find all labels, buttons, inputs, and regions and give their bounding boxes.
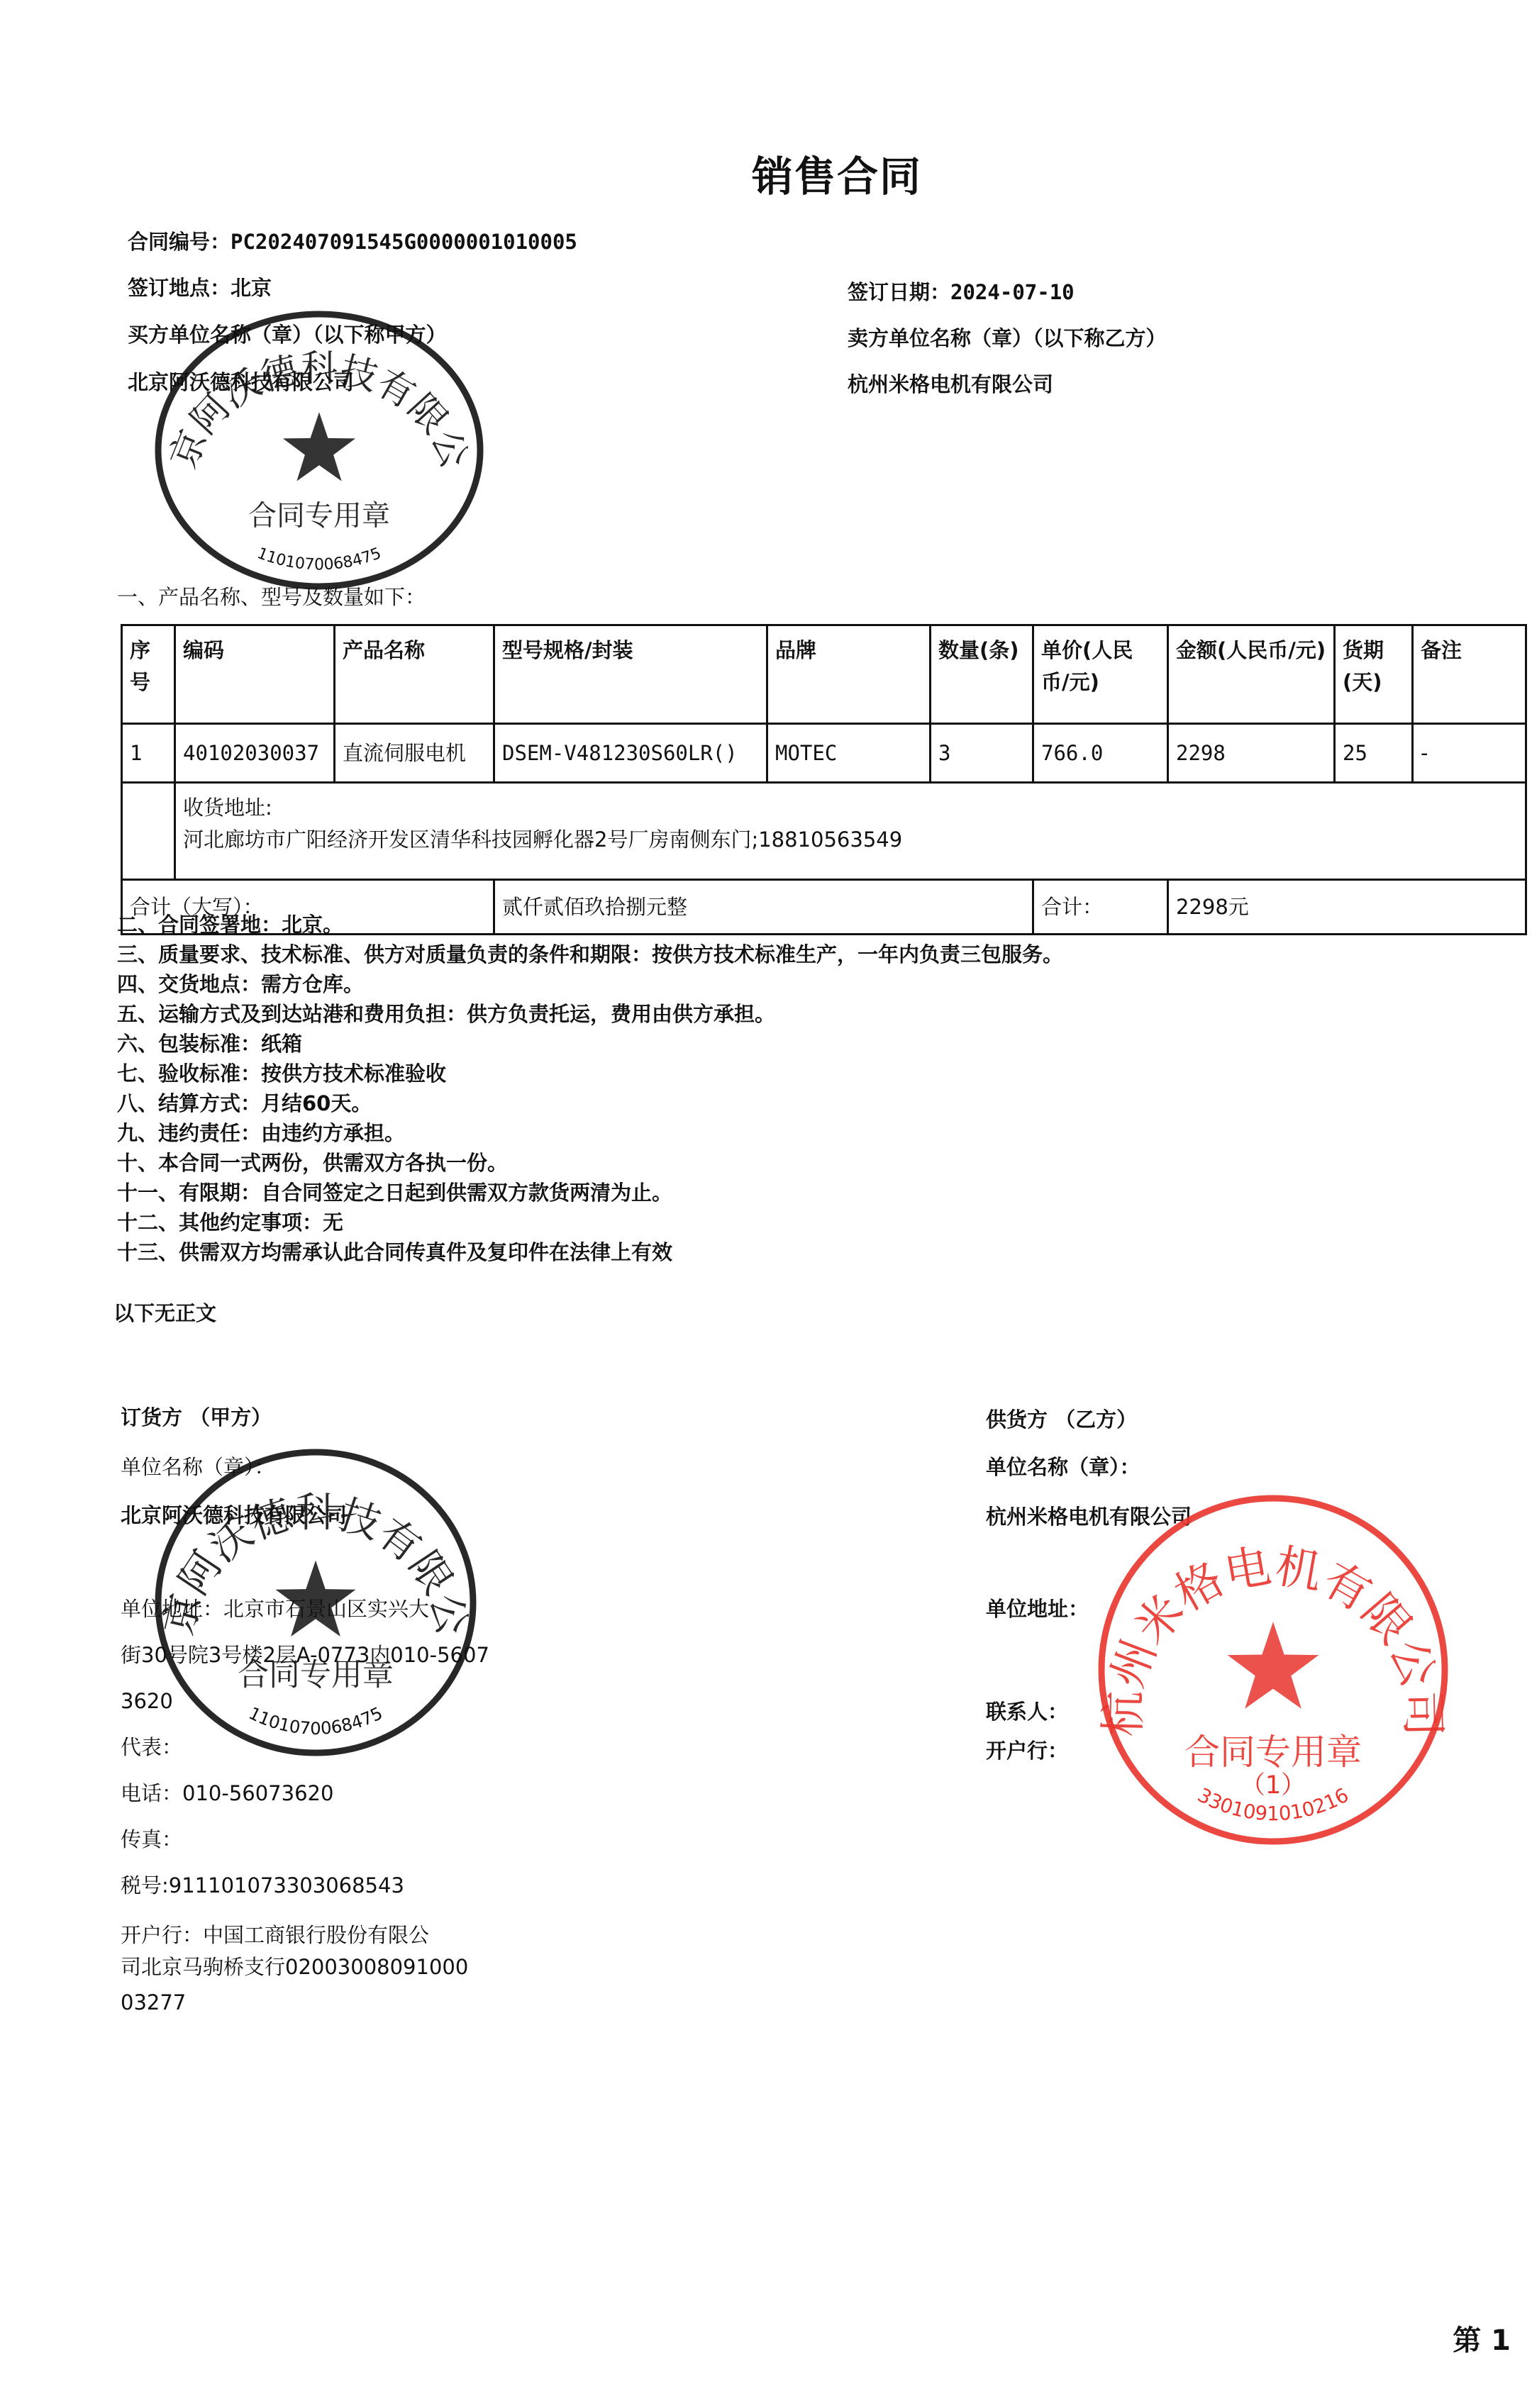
party-a-heading: 订货方 （甲方） (121, 1408, 272, 1428)
sign-place-label: 签订地点： (128, 276, 231, 300)
sign-date-value: 2024-07-10 (950, 280, 1075, 304)
party-a-fax-label: 传真： (121, 1829, 182, 1850)
cell-product-name: 直流伺服电机 (335, 724, 494, 783)
table-header-row: 序号 编码 产品名称 型号规格/封装 品牌 数量(条) 单价(人民币/元) 金额… (122, 625, 1526, 724)
clauses-list: 二、合同签署地：北京。 三、质量要求、技术标准、供方对质量负责的条件和期限：按供… (117, 915, 1063, 1272)
party-a-tax: 税号:911101073303068543 (121, 1875, 404, 1896)
svg-text:（1）: （1） (1240, 1771, 1306, 1800)
svg-text:合同专用章: 合同专用章 (248, 500, 390, 533)
party-a-phone: 电话：010-56073620 (121, 1783, 333, 1804)
party-a-bank-line1: 开户行：中国工商银行股份有限公 (121, 1925, 429, 1946)
party-a-tax-label: 税号: (121, 1873, 169, 1897)
buyer-stamp-top: 北京阿沃德科技有限公司合同专用章1101070068475 (152, 308, 486, 592)
party-b-bank-label: 开户行： (986, 1741, 1068, 1761)
clause-item: 五、运输方式及到达站港和费用负担：供方负责托运，费用由供方承担。 (117, 1004, 1063, 1025)
sign-date: 签订日期：2024-07-10 (848, 282, 1075, 303)
party-b-address-label: 单位地址： (986, 1599, 1089, 1620)
party-a-phone-label: 电话： (121, 1781, 182, 1805)
clause-item: 四、交货地点：需方仓库。 (117, 974, 1063, 995)
party-a-bank-line2: 司北京马驹桥支行02003008091000 (121, 1957, 468, 1978)
header-cell: 产品名称 (335, 625, 494, 724)
delivery-address-cell: 收货地址: 河北廊坊市广阳经济开发区清华科技园孵化器2号厂房南侧东门;18810… (175, 783, 1526, 880)
clause-item: 十一、有限期：自合同签定之日起到供需双方款货两清为止。 (117, 1183, 1063, 1203)
sign-place-value: 北京 (231, 276, 272, 300)
party-a-phone-value: 010-56073620 (182, 1781, 333, 1805)
svg-text:1101070068475: 1101070068475 (255, 545, 384, 574)
delivery-address-label: 收货地址: (183, 792, 1518, 824)
svg-text:合同专用章: 合同专用章 (1184, 1732, 1362, 1773)
header-cell: 单价(人民币/元) (1033, 625, 1168, 724)
cell-unit-price: 766.0 (1033, 724, 1168, 783)
table-row: 1 40102030037 直流伺服电机 DSEM-V481230S60LR()… (122, 724, 1526, 783)
buyer-stamp-bottom: 北京阿沃德科技有限公司合同专用章1101070068475 (152, 1447, 479, 1758)
address-spacer-cell (122, 783, 175, 880)
document-title: 销售合同 (0, 156, 1532, 197)
cell-brand: MOTEC (767, 724, 931, 783)
contract-number: 合同编号：PC202407091545G0000001010005 (128, 232, 577, 252)
header-cell: 品牌 (767, 625, 931, 724)
clause-item: 二、合同签署地：北京。 (117, 915, 1063, 935)
cell-remark: - (1413, 724, 1526, 783)
clause-item: 十三、供需双方均需承认此合同传真件及复印件在法律上有效 (117, 1242, 1063, 1263)
party-a-bank-line3: 03277 (121, 1992, 186, 2013)
sign-place: 签订地点：北京 (128, 278, 272, 299)
clause-item: 八、结算方式：月结60天。 (117, 1093, 1063, 1114)
cell-model: DSEM-V481230S60LR() (494, 724, 767, 783)
sign-date-label: 签订日期： (848, 280, 950, 304)
seller-label: 卖方单位名称（章）（以下称乙方） (848, 328, 1167, 349)
seller-stamp: 杭州米格电机有限公司合同专用章（1）3301091010216 (1096, 1493, 1450, 1847)
header-cell: 序号 (122, 625, 175, 724)
page-number: 第 1 (1453, 2318, 1511, 2358)
total-value: 2298元 (1168, 880, 1526, 935)
header-cell: 金额(人民币/元) (1168, 625, 1335, 724)
party-b-contact-label: 联系人： (986, 1702, 1068, 1722)
seller-name: 杭州米格电机有限公司 (848, 374, 1053, 395)
clause-item: 七、验收标准：按供方技术标准验收 (117, 1064, 1063, 1084)
header-cell: 型号规格/封装 (494, 625, 767, 724)
header-cell: 货期(天) (1335, 625, 1413, 724)
delivery-address-row: 收货地址: 河北廊坊市广阳经济开发区清华科技园孵化器2号厂房南侧东门;18810… (122, 783, 1526, 880)
party-b-heading: 供货方 （乙方） (986, 1410, 1137, 1430)
cell-code: 40102030037 (175, 724, 335, 783)
party-b-unit-name-label: 单位名称（章）： (986, 1457, 1140, 1478)
end-note: 以下无正文 (113, 1303, 216, 1324)
header-cell: 数量(条) (931, 625, 1033, 724)
cell-amount: 2298 (1168, 724, 1335, 783)
cell-quantity: 3 (931, 724, 1033, 783)
clause-item: 十、本合同一式两份，供需双方各执一份。 (117, 1153, 1063, 1174)
contract-number-value: PC202407091545G0000001010005 (231, 230, 577, 254)
contract-number-label: 合同编号： (128, 230, 231, 254)
svg-text:1101070068475: 1101070068475 (245, 1703, 386, 1739)
items-table: 序号 编码 产品名称 型号规格/封装 品牌 数量(条) 单价(人民币/元) 金额… (121, 624, 1527, 935)
clause-item: 六、包装标准：纸箱 (117, 1034, 1063, 1054)
cell-lead-time: 25 (1335, 724, 1413, 783)
clause-item: 九、违约责任：由违约方承担。 (117, 1123, 1063, 1144)
svg-text:合同专用章: 合同专用章 (238, 1657, 394, 1693)
party-a-tax-value: 911101073303068543 (169, 1873, 404, 1897)
header-cell: 编码 (175, 625, 335, 724)
cell-index: 1 (122, 724, 175, 783)
delivery-address-value: 河北廊坊市广阳经济开发区清华科技园孵化器2号厂房南侧东门;18810563549 (183, 824, 1518, 856)
header-cell: 备注 (1413, 625, 1526, 724)
clause-item: 三、质量要求、技术标准、供方对质量负责的条件和期限：按供方技术标准生产，一年内负… (117, 944, 1063, 965)
clause-item: 十二、其他约定事项：无 (117, 1213, 1063, 1233)
